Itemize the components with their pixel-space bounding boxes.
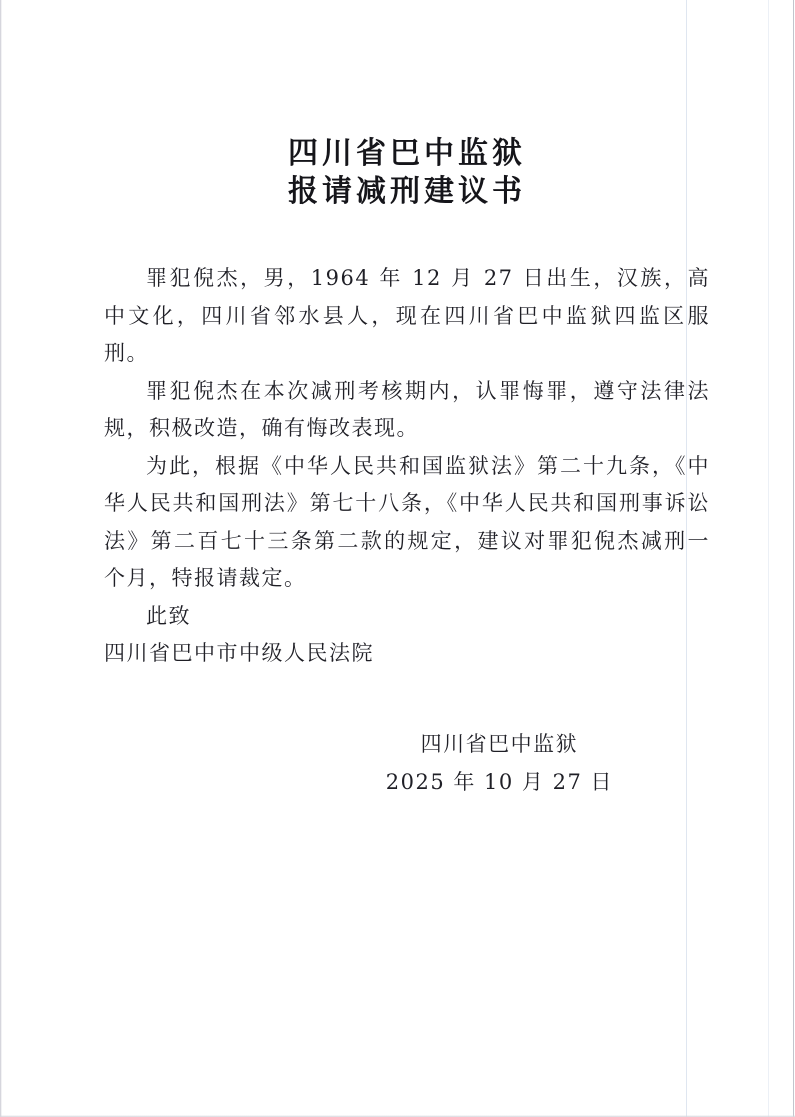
document-title: 四川省巴中监狱 报请减刑建议书 (104, 135, 710, 211)
signature-block: 四川省巴中监狱 2025 年 10 月 27 日 (386, 725, 613, 801)
scan-edge-right (793, 0, 794, 1117)
scanned-document-page: 四川省巴中监狱 报请减刑建议书 罪犯倪杰，男，1964 年 12 月 27 日出… (0, 0, 795, 1117)
title-line-1: 四川省巴中监狱 (104, 135, 710, 173)
title-line-2: 报请减刑建议书 (104, 173, 710, 211)
signature-org: 四川省巴中监狱 (421, 725, 579, 763)
recipient-court-line: 四川省巴中市中级人民法院 (104, 635, 710, 673)
salutation: 此致 (104, 598, 710, 636)
paragraph-legal-basis: 为此，根据《中华人民共和国监狱法》第二十九条，《中华人民共和国刑法》第七十八条，… (104, 448, 710, 598)
signature-date: 2025 年 10 月 27 日 (386, 763, 613, 801)
scan-edge-left (0, 0, 2, 1117)
paragraph-offender-info: 罪犯倪杰，男，1964 年 12 月 27 日出生，汉族，高中文化，四川省邻水县… (104, 260, 710, 373)
scan-artifact-line (768, 0, 769, 1117)
document-body: 罪犯倪杰，男，1964 年 12 月 27 日出生，汉族，高中文化，四川省邻水县… (104, 260, 710, 673)
paragraph-assessment: 罪犯倪杰在本次减刑考核期内，认罪悔罪，遵守法律法规，积极改造，确有悔改表现。 (104, 373, 710, 448)
scan-artifact-line (686, 0, 687, 1117)
